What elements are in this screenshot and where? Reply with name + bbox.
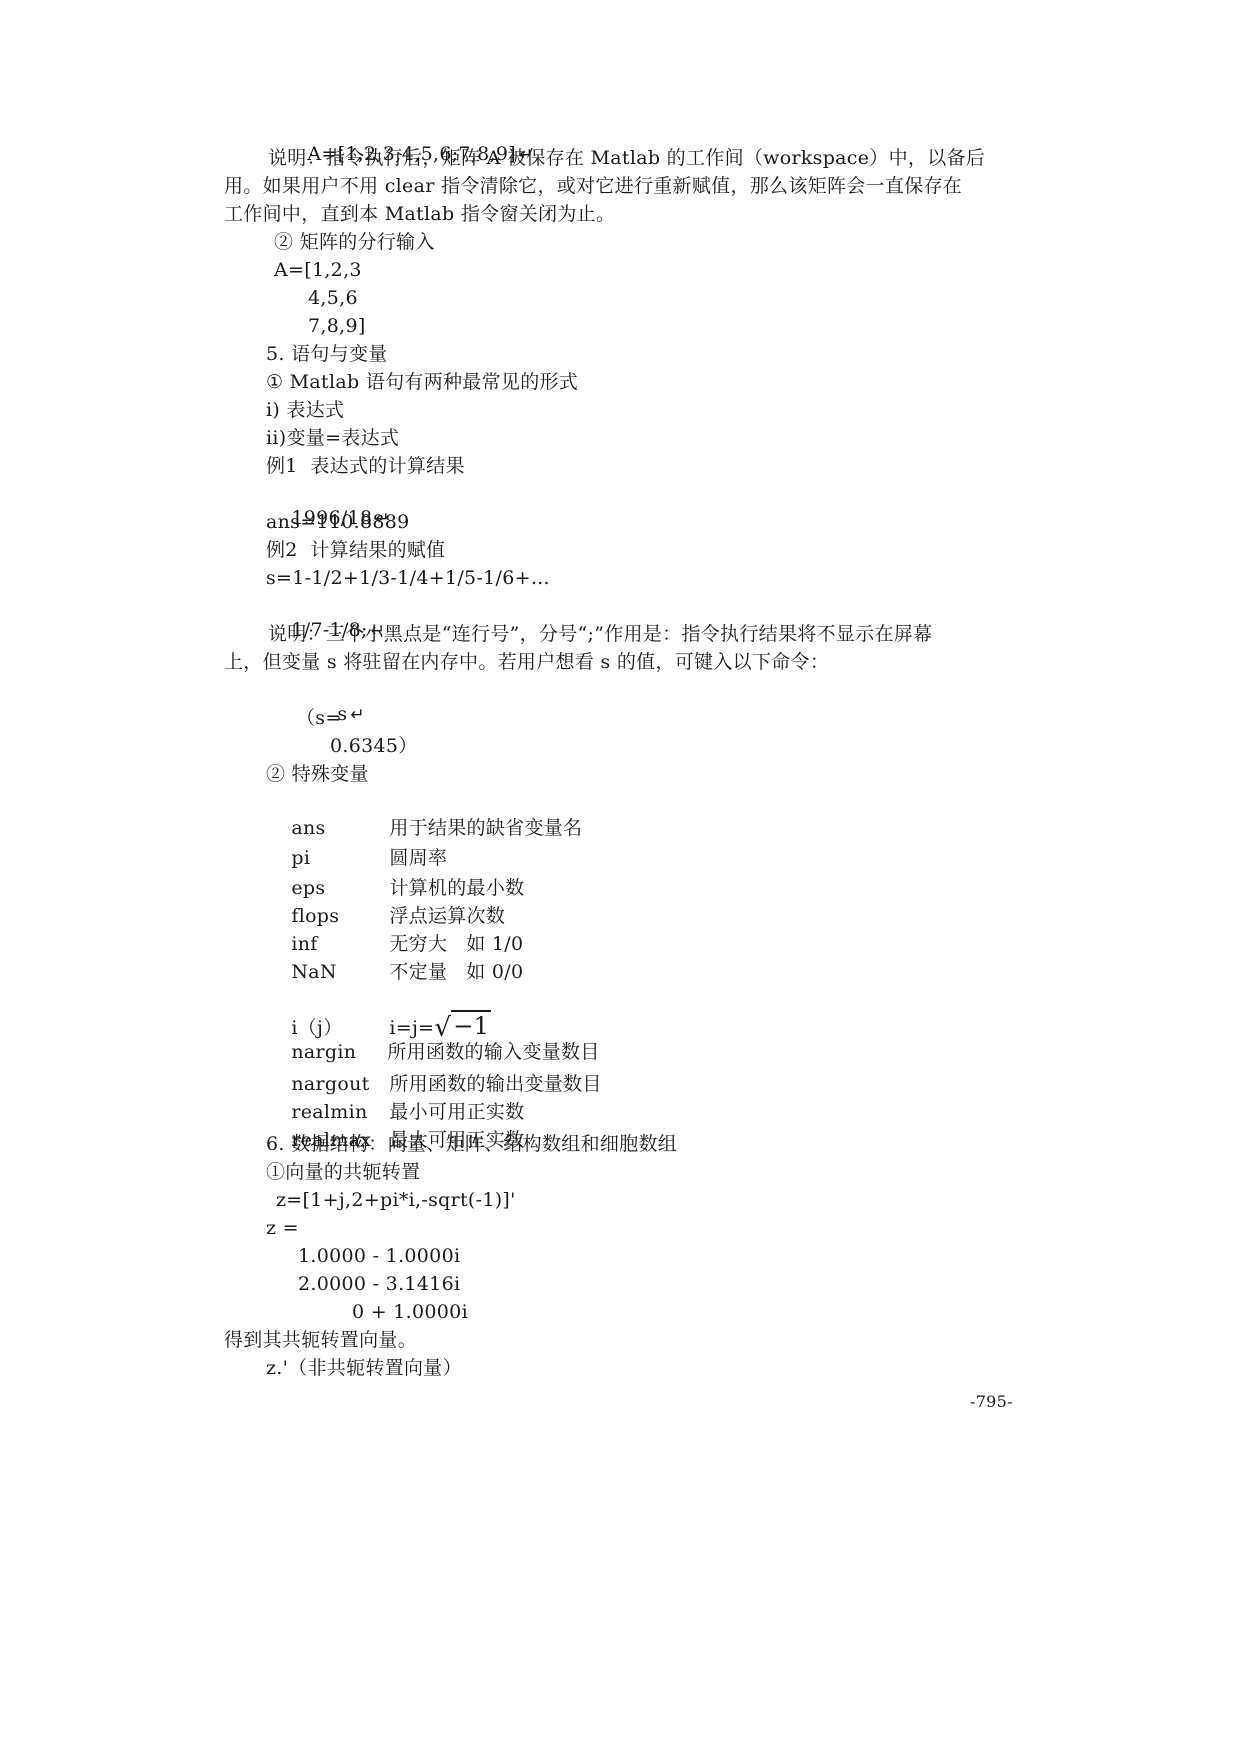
code-output: 0.6345） <box>330 734 418 758</box>
list-item: i) 表达式 <box>266 398 344 422</box>
subheading: ② 特殊变量 <box>266 762 369 786</box>
example-title: 例2 计算结果的赋值 <box>266 538 445 562</box>
code-output: （s= <box>296 706 342 730</box>
code-output: 1.0000 - 1.0000i <box>298 1244 460 1268</box>
code-line: 7,8,9] <box>308 314 366 338</box>
enter-key-icon: ↵ <box>350 703 365 727</box>
paragraph-line: 工作间中，直到本 Matlab 指令窗关闭为止。 <box>224 202 615 226</box>
paragraph-line: 说明：三个小黑点是“连行号”，分号“;”作用是：指令执行结果将不显示在屏幕 <box>268 622 932 646</box>
code-line: z=[1+j,2+pi*i,-sqrt(-1)]' <box>276 1188 516 1212</box>
paragraph-line: 用。如果用户不用 clear 指令清除它，或对它进行重新赋值，那么该矩阵会一直保… <box>224 174 962 198</box>
paragraph-line: 上，但变量 s 将驻留在内存中。若用户想看 s 的值，可键入以下命令： <box>224 650 829 674</box>
subheading: ① Matlab 语句有两种最常见的形式 <box>266 370 578 394</box>
paragraph-line: 得到其共轭转置向量。 <box>224 1328 417 1352</box>
code-output-label: z = <box>266 1216 299 1240</box>
example-title: 例1 表达式的计算结果 <box>266 454 465 478</box>
code-line: A=[1,2,3 <box>274 258 362 282</box>
variable-name: NaN <box>291 960 389 984</box>
variable-desc: 不定量 如 0/0 <box>389 961 523 983</box>
code-line: s=1-1/2+1/3-1/4+1/5-1/6+... <box>266 566 550 590</box>
section-heading: 5. 语句与变量 <box>266 342 388 366</box>
page-number: -795- <box>970 1390 1013 1414</box>
list-item: ii)变量=表达式 <box>266 426 399 450</box>
section-heading: 6. 数据结构：向量、矩阵、结构数组和细胞数组 <box>266 1132 677 1156</box>
subheading: ② 矩阵的分行输入 <box>274 230 435 254</box>
subheading: ①向量的共轭转置 <box>266 1160 420 1184</box>
paragraph-line: 说明：指令执行后，矩阵 A 被保存在 Matlab 的工作间（workspace… <box>268 146 985 170</box>
code-output: 0 + 1.0000i <box>352 1300 468 1324</box>
code-line: 4,5,6 <box>308 286 358 310</box>
code-output: 2.0000 - 3.1416i <box>298 1272 460 1296</box>
code-output: ans=110.8889 <box>266 510 410 534</box>
code-line: z.'（非共轭转置向量） <box>266 1356 462 1380</box>
document-page: A=[1,2,3;4,5,6;7,8,9]↵ 说明：指令执行后，矩阵 A 被保存… <box>0 0 1241 1755</box>
